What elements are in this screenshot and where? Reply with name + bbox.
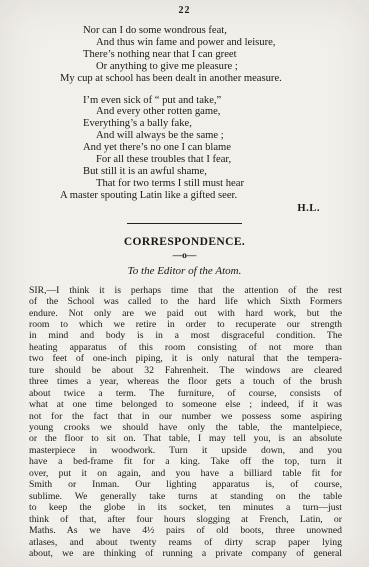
letter-line: not for the fact that in our number we p… [29, 411, 342, 422]
letter-line: about twice a term. The furniture, of co… [29, 388, 342, 399]
letter-line: heating apparatus of this room consistin… [29, 342, 342, 353]
letter-line: three times a year, whereas the floor ge… [29, 376, 342, 387]
poem: Nor can I do some wondrous feat, And thu… [60, 25, 322, 215]
letter-line: or the floor to sit on. That table, I ma… [29, 433, 342, 444]
letter-line: SIR,—I think it is perhaps time that the… [29, 285, 342, 296]
poem-line: Nor can I do some wondrous feat, [60, 25, 322, 37]
letter-line: atlases, and about twenty reams of dirty… [29, 537, 342, 548]
page-number: 22 [0, 5, 369, 16]
poem-line: And yet there’s no one I can blame [60, 142, 322, 154]
scanned-page: 22 Nor can I do some wondrous feat, And … [0, 0, 369, 567]
poem-line: And thus win fame and power and leisure, [60, 37, 322, 49]
section-title: CORRESPONDENCE. [0, 236, 369, 248]
letter-line: young crooks we should have only the tab… [29, 422, 342, 433]
letter-line: Smith or Inman. Our lighting apparatus i… [29, 479, 342, 490]
letter-line: masterpiece in woodwork. Turn it upside … [29, 445, 342, 456]
letter-line: Maths. As we have 4½ pairs of old boots,… [29, 525, 342, 536]
poem-signature: H.L. [60, 203, 322, 215]
salutation: To the Editor of the Atom. [0, 265, 369, 277]
poem-line: And every other rotten game, [60, 106, 322, 118]
poem-line: But still it is an awful shame, [60, 166, 322, 178]
poem-line: For all these troubles that I fear, [60, 154, 322, 166]
letter-line: have a bed-frame fit for a king. Take of… [29, 456, 342, 467]
letter-line: what at one time belonged to someone els… [29, 399, 342, 410]
poem-line: I’m even sick of “ put and take,” [60, 95, 322, 107]
letter-line: think of that, after four hours slogging… [29, 514, 342, 525]
section-divider [127, 223, 242, 224]
letter-body: SIR,—I think it is perhaps time that the… [29, 285, 342, 560]
letter-line: endure. Not only are we paid out with ha… [29, 308, 342, 319]
poem-line: Or anything to give me pleasure ; [60, 61, 322, 73]
poem-line: And will always be the same ; [60, 130, 322, 142]
letter-line: ture should be about 32 Fahrenheit. The … [29, 365, 342, 376]
letter-line: two feet of one-inch piping, it is only … [29, 353, 342, 364]
letter-line: over, put it on again, and you have a bi… [29, 468, 342, 479]
letter-line: sublime. We generally take turns at stan… [29, 491, 342, 502]
letter-line: of the School was called to the hard lif… [29, 296, 342, 307]
poem-line: A master spouting Latin like a gifted se… [60, 190, 322, 202]
letter-line: about, we are thinking of running a priv… [29, 548, 342, 559]
poem-line: That for two terms I still must hear [60, 178, 322, 190]
poem-stanza-1: Nor can I do some wondrous feat, And thu… [60, 25, 322, 85]
letter-line: in mind and body is in a most disgracefu… [29, 330, 342, 341]
poem-line: Everything’s a bally fake, [60, 118, 322, 130]
ornament-separator: —o— [0, 251, 369, 261]
letter-line: room to which we retire in order to recu… [29, 319, 342, 330]
poem-line: My cup at school has been dealt in anoth… [60, 73, 322, 85]
poem-stanza-2: I’m even sick of “ put and take,” And ev… [60, 95, 322, 202]
letter-line: to keep the globe in its socket, ten min… [29, 502, 342, 513]
poem-line: There’s nothing near that I can greet [60, 49, 322, 61]
